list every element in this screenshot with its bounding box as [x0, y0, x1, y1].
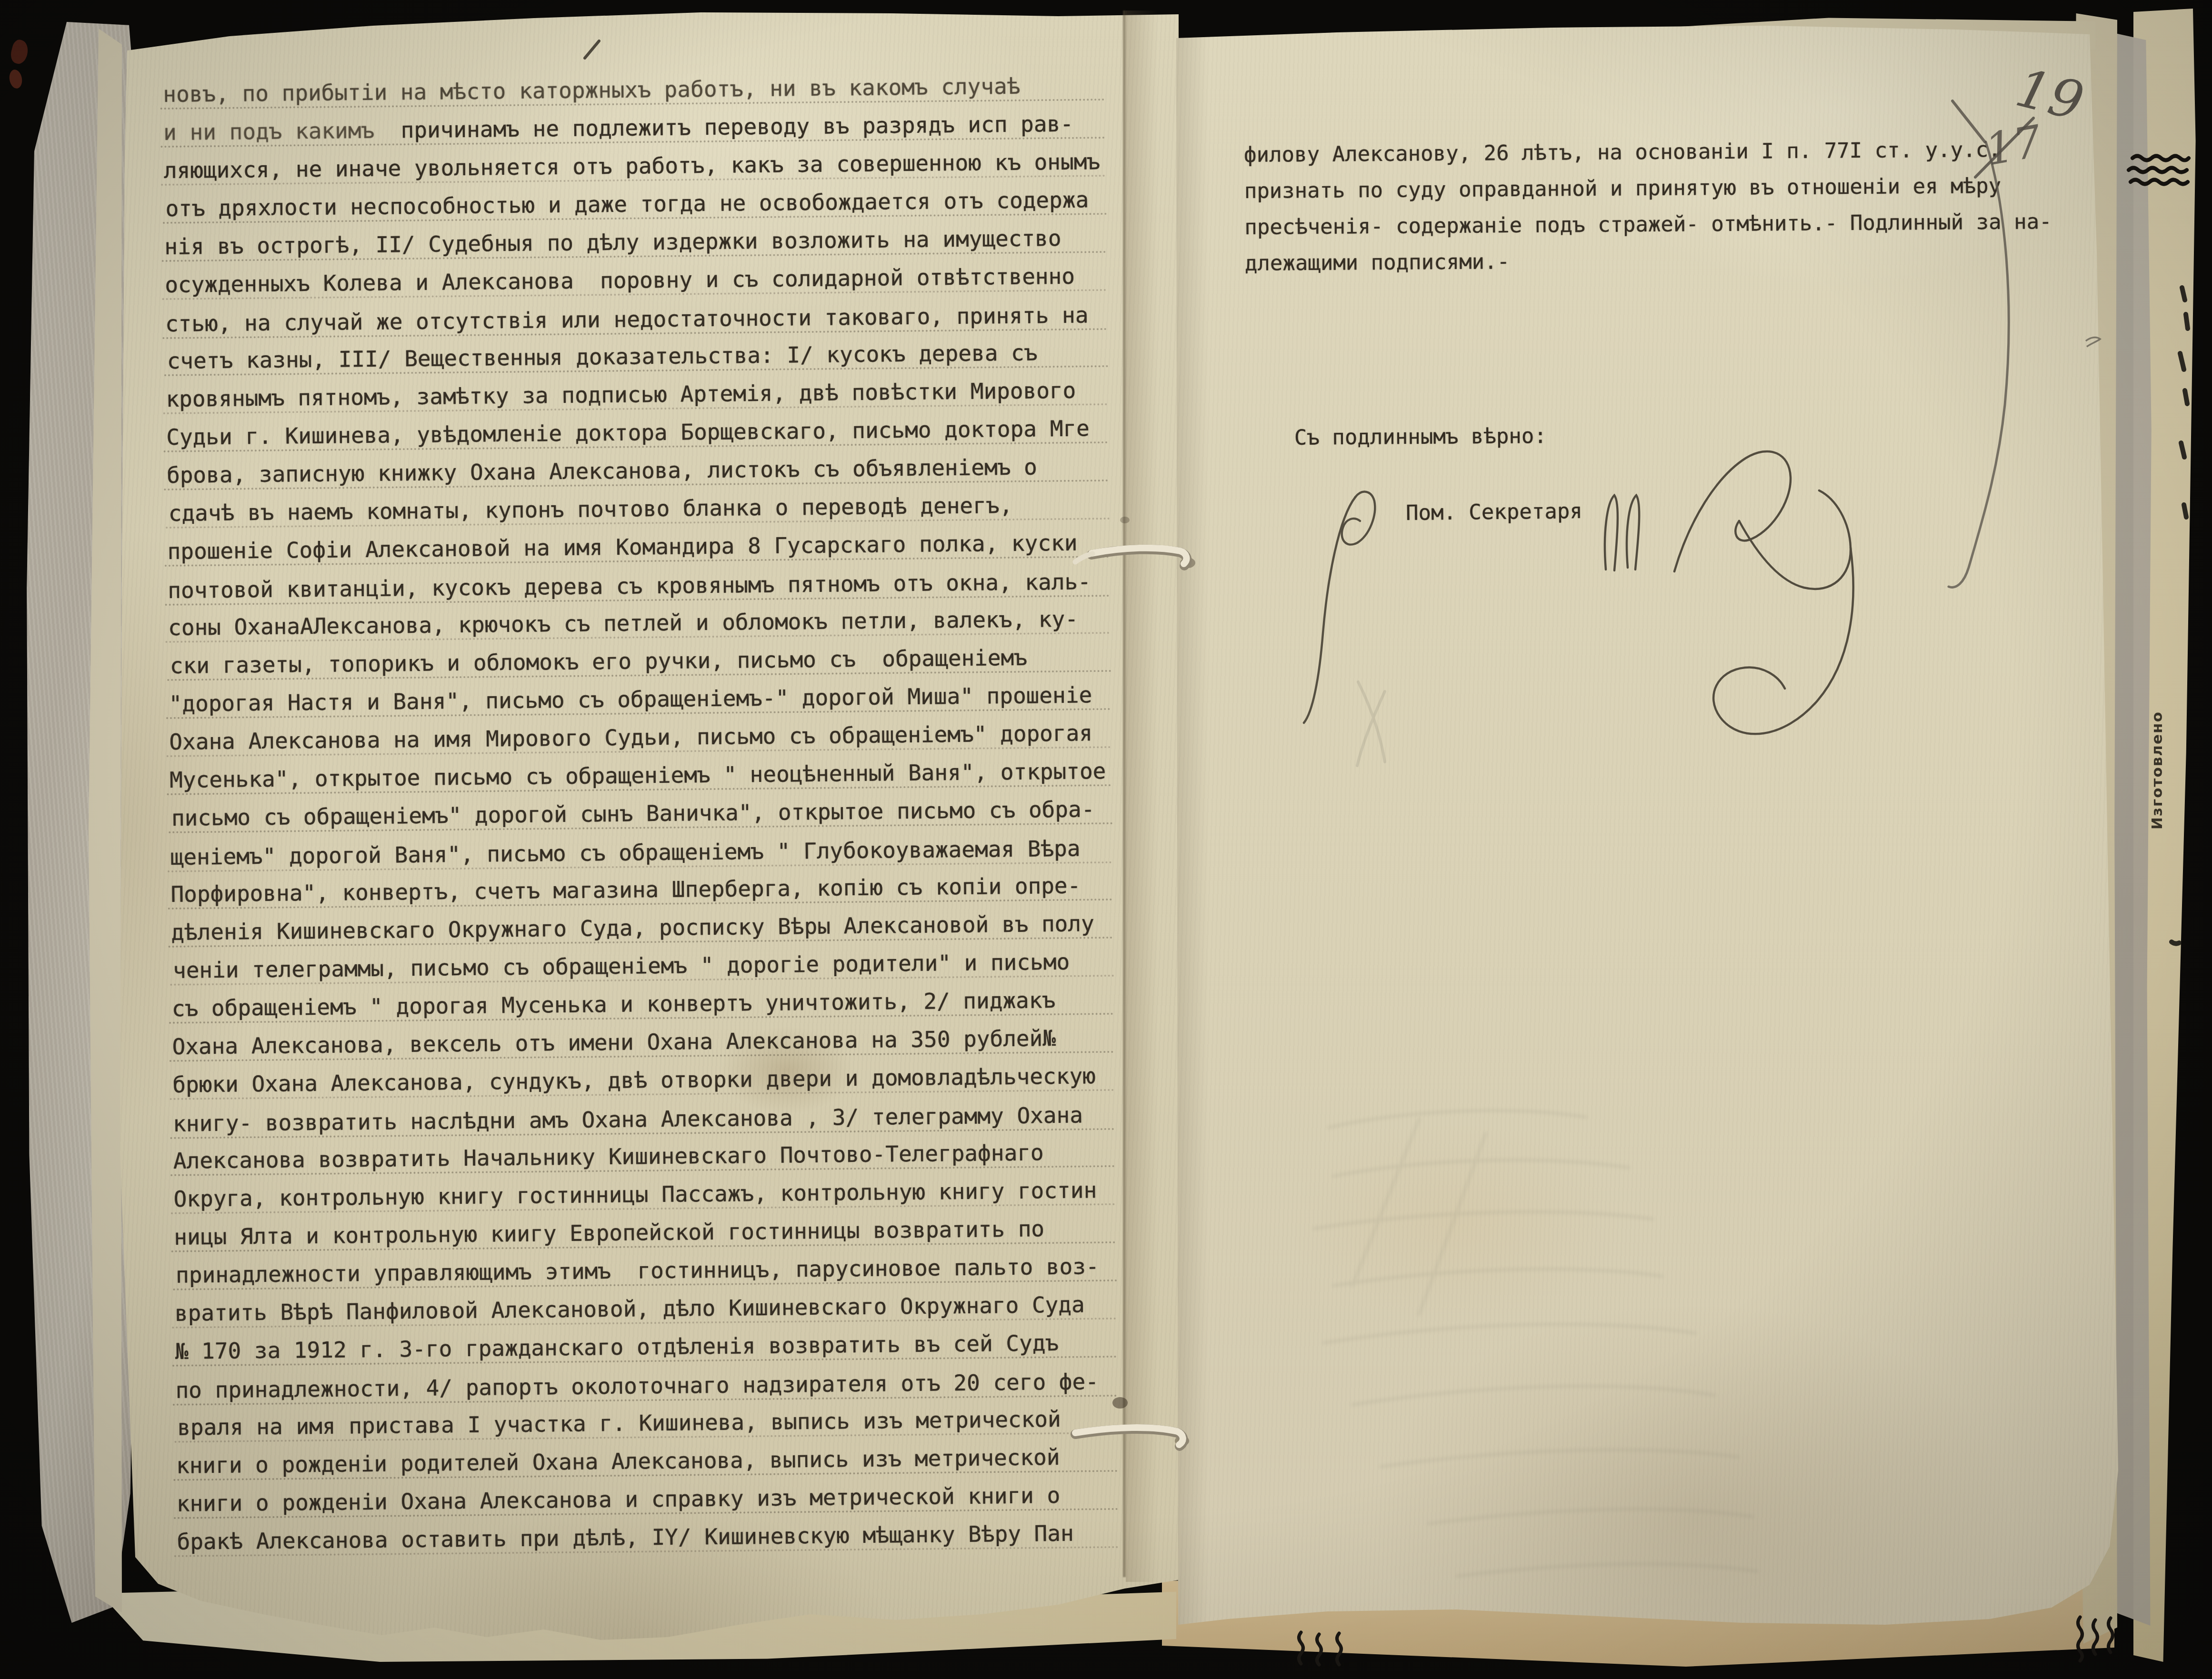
typed-line: филову Алексанову, 26 лѣтъ, на основаніи… — [1244, 131, 2052, 173]
left-edge-red-mark — [8, 69, 24, 90]
secretary-title: Пом. Секретаря — [1406, 493, 1583, 531]
faded-struck-text: и ни подъ какимъ — [163, 118, 375, 145]
typed-line: признать по суду оправданной и принятую … — [1244, 168, 2052, 210]
edge-stamp-text: Изготовлено — [2149, 711, 2166, 830]
gutter-shadow — [1126, 10, 1175, 1582]
typed-line: пресѣченія- содержаніе подъ стражей- отм… — [1244, 204, 2052, 246]
document-scan: новъ, по прибытіи на мѣсто каторжныхъ ра… — [0, 0, 2212, 1679]
left-page-text: новъ, по прибытіи на мѣсто каторжныхъ ра… — [163, 66, 1113, 1561]
attestation-line: Съ подлиннымъ вѣрно: — [1294, 424, 1547, 450]
right-page-text: филову Алексанову, 26 лѣтъ, на основаніи… — [1244, 131, 2052, 282]
typed-line: длежащими подписями.- — [1245, 240, 2052, 282]
left-edge-red-mark — [9, 39, 30, 66]
